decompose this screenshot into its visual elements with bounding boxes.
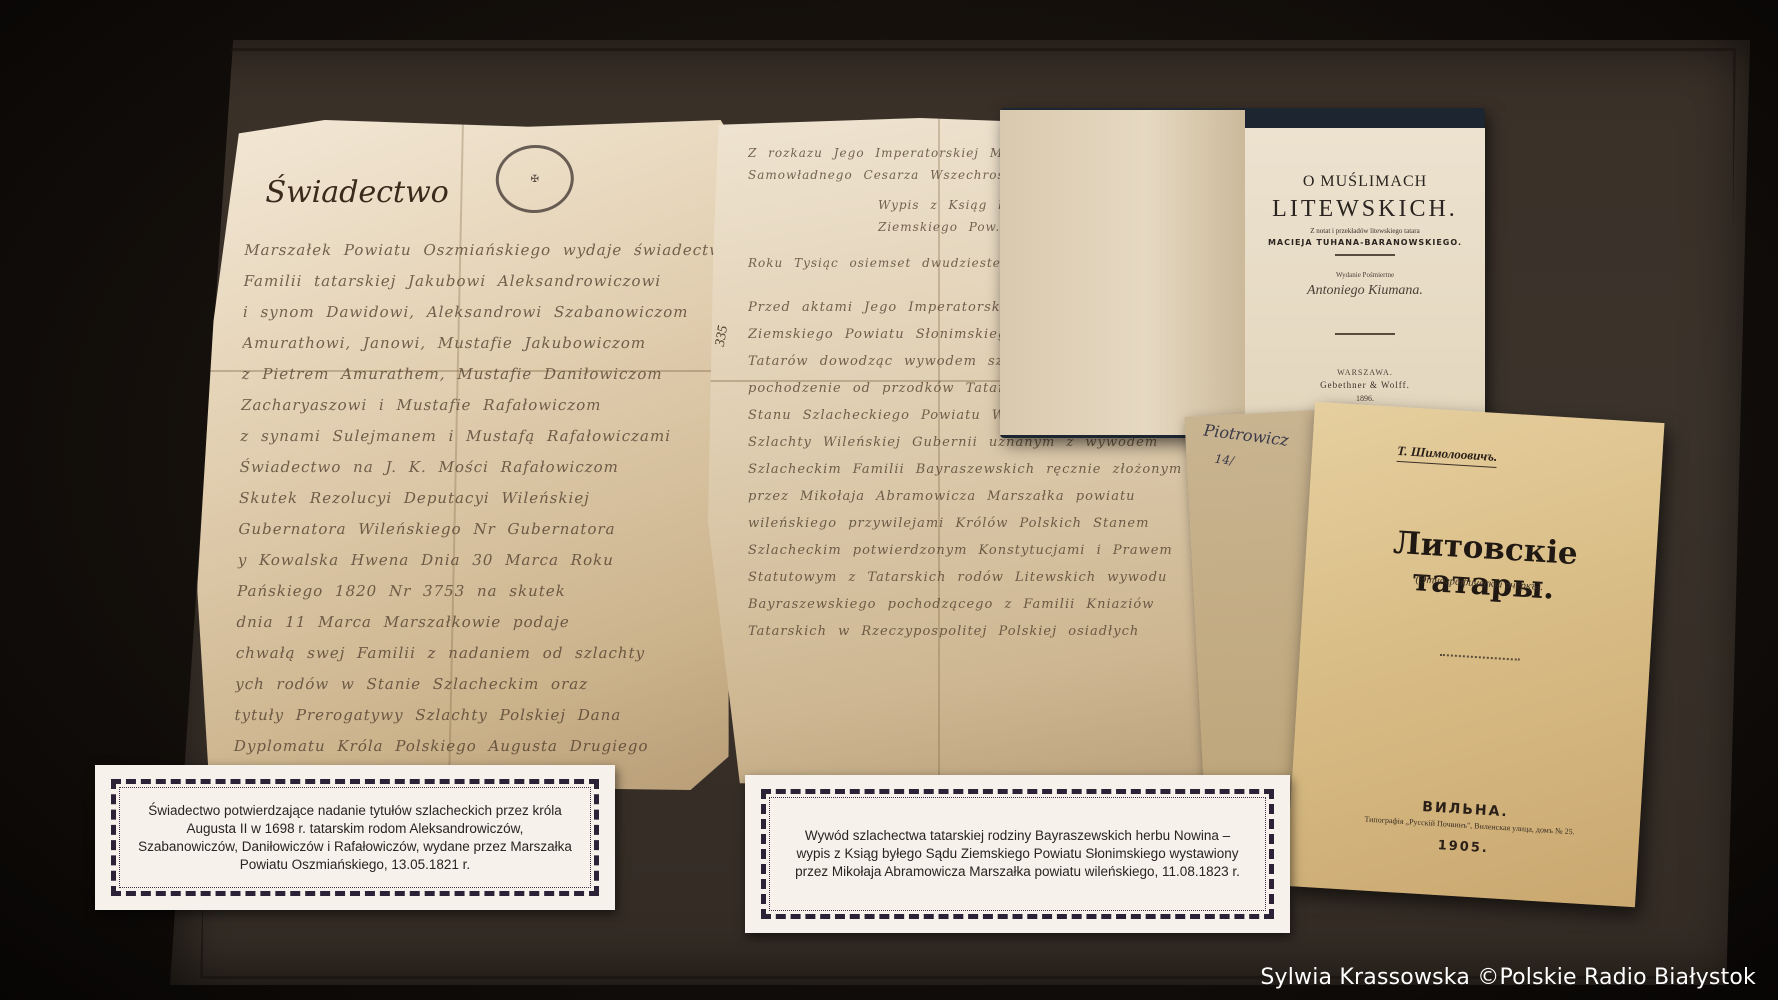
- book-year: 1896.: [1245, 394, 1485, 403]
- book-publisher-name: Antoniego Kiumana.: [1245, 283, 1485, 299]
- book-left-page: [1000, 110, 1245, 435]
- book-title-line2: LITEWSKICH.: [1245, 196, 1485, 223]
- book-title-page: O MUŚLIMACH LITEWSKICH. Z notat i przekł…: [1245, 128, 1485, 433]
- book-city: WARSZAWA.: [1245, 368, 1485, 377]
- pamphlet-title: Литовскіе татары.: [1321, 521, 1647, 613]
- exhibit-label-middle: Wywód szlachectwa tatarskiej rodziny Bay…: [745, 775, 1290, 933]
- book-subtitle: Z notat i przekładów litewskiego tatara: [1245, 227, 1485, 235]
- page-number: 335: [713, 324, 732, 347]
- handwritten-line: Amurathowi, Janowi, Mustafie Jakubowiczo…: [242, 328, 718, 359]
- handwritten-line: y Kowalska Hwena Dnia 30 Marca Roku: [237, 545, 713, 576]
- exhibit-label-left: Świadectwo potwierdzające nadanie tytułó…: [95, 765, 615, 910]
- handwritten-line: Dyplomatu Króla Polskiego Augusta Drugie…: [234, 731, 710, 762]
- handwritten-note-number: 14/: [1214, 452, 1235, 468]
- handwritten-line: Pańskiego 1820 Nr 3753 na skutek: [237, 576, 713, 607]
- ornament-flourish-icon: [1439, 654, 1520, 671]
- pamphlet-lithuanian-tatars-1905: Т. Шимолоовичъ. Литовскіе татары. (Этног…: [1286, 402, 1665, 907]
- handwritten-line: Skutek Rezolucyi Deputacyi Wileńskiej: [239, 483, 715, 514]
- label-text: Świadectwo potwierdzające nadanie tytułó…: [116, 802, 594, 874]
- pamphlet-author: Т. Шимолоовичъ.: [1397, 443, 1498, 468]
- decorative-border: Wywód szlachectwa tatarskiej rodziny Bay…: [761, 789, 1274, 919]
- book-printer: Gebethner & Wolff.: [1245, 380, 1485, 390]
- handwritten-line: i synom Dawidowi, Aleksandrowi Szabanowi…: [243, 297, 719, 328]
- handwritten-line: chwałą swej Familii z nadaniem od szlach…: [236, 638, 712, 669]
- book-title-line1: O MUŚLIMACH: [1245, 173, 1485, 191]
- handwritten-line: z Pietrem Amurathem, Mustafie Daniłowicz…: [241, 359, 717, 390]
- handwritten-line: dnia 11 Marca Marszałkowie podaje: [236, 607, 712, 638]
- handwritten-line: Gubernatora Wileńskiego Nr Gubernatora: [238, 514, 714, 545]
- handwritten-line: Familii tatarskiej Jakubowi Aleksandrowi…: [243, 266, 719, 297]
- handwritten-line: tytuły Prerogatywy Szlachty Polskiej Dan…: [234, 700, 710, 731]
- photo-credit-watermark: Sylwia Krassowska ©Polskie Radio Białyst…: [1260, 965, 1756, 990]
- handwritten-line: Świadectwo na J. K. Mości Rafałowiczom: [239, 452, 715, 483]
- label-text: Wywód szlachectwa tatarskiej rodziny Bay…: [766, 827, 1269, 881]
- document-certificate-1821: ✠ Świadectwo Marszałek Powiatu Oszmiańsk…: [193, 120, 742, 790]
- ornament-rule: [1335, 333, 1395, 335]
- document-heading: Świadectwo: [265, 175, 449, 210]
- decorative-border: Świadectwo potwierdzające nadanie tytułó…: [111, 779, 599, 896]
- handwritten-line: Marszałek Powiatu Oszmiańskiego wydaje ś…: [244, 235, 720, 266]
- book-publisher-label: Wydanie Pośmiertne: [1245, 271, 1485, 279]
- handwritten-line: z synami Sulejmanem i Mustafą Rafałowicz…: [240, 421, 716, 452]
- handwritten-note: Piotrowicz: [1203, 421, 1290, 450]
- handwritten-line: Zacharyaszowi i Mustafie Rafałowiczom: [241, 390, 717, 421]
- ornament-rule: [1335, 254, 1395, 256]
- handwritten-line: ych rodów w Stanie Szlacheckim oraz: [235, 669, 711, 700]
- book-author: MACIEJA TUHANA-BARANOWSKIEGO.: [1245, 238, 1485, 247]
- ink-seal-icon: ✠: [495, 145, 574, 213]
